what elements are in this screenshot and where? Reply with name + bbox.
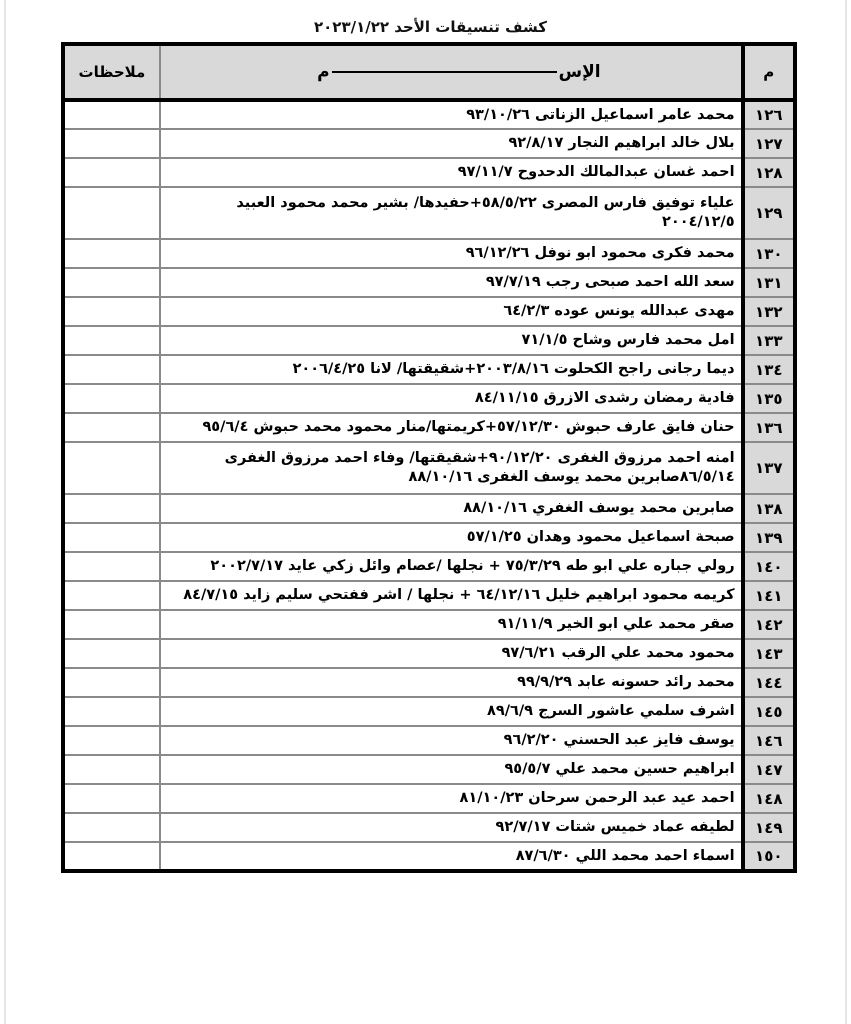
header-name: الإسم [160, 44, 743, 100]
table-header-row: م الإسم ملاحظات [63, 44, 795, 100]
row-name: احمد غسان عبدالمالك الدحدوح ٩٧/١١/٧ [160, 158, 743, 187]
row-name: امل محمد فارس وشاح ٧١/١/٥ [160, 326, 743, 355]
row-notes [63, 100, 160, 129]
row-number: ١٣٦ [743, 413, 795, 442]
row-number: ١٣٤ [743, 355, 795, 384]
row-notes [63, 755, 160, 784]
table-row: ١٣٤ديما رجانى راجح الكحلوت ٢٠٠٣/٨/١٦+شقي… [63, 355, 795, 384]
row-notes [63, 581, 160, 610]
row-notes [63, 129, 160, 158]
row-notes [63, 158, 160, 187]
row-notes [63, 523, 160, 552]
table-row: ١٣٢مهدى عبدالله يونس عوده ٦٤/٢/٣ [63, 297, 795, 326]
header-name-end: م [317, 62, 329, 82]
table-row: ١٣٠محمد فكرى محمود ابو نوفل ٩٦/١٢/٢٦ [63, 239, 795, 268]
row-name: صبحة اسماعيل محمود وهدان ٥٧/١/٢٥ [160, 523, 743, 552]
row-notes [63, 413, 160, 442]
row-number: ١٥٠ [743, 842, 795, 871]
row-number: ١٢٦ [743, 100, 795, 129]
row-name: احمد عيد عبد الرحمن سرحان ٨١/١٠/٢٣ [160, 784, 743, 813]
table-row: ١٣٦حنان فايق عارف حبوش ٥٧/١٢/٣٠+كريمتها/… [63, 413, 795, 442]
table-row: ١٣١سعد الله احمد صبحى رجب ٩٧/٧/١٩ [63, 268, 795, 297]
table-row: ١٤٧ابراهيم حسين محمد علي ٩٥/٥/٧ [63, 755, 795, 784]
row-name: سعد الله احمد صبحى رجب ٩٧/٧/١٩ [160, 268, 743, 297]
row-name: اسماء احمد محمد اللي ٨٧/٦/٣٠ [160, 842, 743, 871]
row-number: ١٣٩ [743, 523, 795, 552]
row-notes [63, 384, 160, 413]
row-number: ١٤٩ [743, 813, 795, 842]
page-edge-right [845, 0, 847, 1024]
table-row: ١٣٣امل محمد فارس وشاح ٧١/١/٥ [63, 326, 795, 355]
row-number: ١٤٦ [743, 726, 795, 755]
row-number: ١٤٧ [743, 755, 795, 784]
row-notes [63, 326, 160, 355]
row-notes [63, 697, 160, 726]
row-name: رولي جباره علي ابو طه ٧٥/٣/٢٩ + نجلها /ع… [160, 552, 743, 581]
row-notes [63, 442, 160, 494]
row-number: ١٤٤ [743, 668, 795, 697]
row-notes [63, 813, 160, 842]
row-number: ١٣٢ [743, 297, 795, 326]
table-row: ١٢٧بلال خالد ابراهيم النجار ٩٢/٨/١٧ [63, 129, 795, 158]
table-row: ١٣٧امنه احمد مرزوق الغفرى ٩٠/١٢/٢٠+شقيقت… [63, 442, 795, 494]
row-number: ١٤١ [743, 581, 795, 610]
header-name-kashida [332, 71, 557, 73]
row-number: ١٣١ [743, 268, 795, 297]
row-number: ١٤٥ [743, 697, 795, 726]
row-name: اشرف سلمي عاشور السرج ٨٩/٦/٩ [160, 697, 743, 726]
header-number: م [743, 44, 795, 100]
row-number: ١٣٧ [743, 442, 795, 494]
row-name: صابرين محمد يوسف الغفري ٨٨/١٠/١٦ [160, 494, 743, 523]
row-notes [63, 726, 160, 755]
row-name: امنه احمد مرزوق الغفرى ٩٠/١٢/٢٠+شقيقتها/… [160, 442, 743, 494]
table-row: ١٢٦محمد عامر اسماعيل الزناتى ٩٣/١٠/٢٦ [63, 100, 795, 129]
table-row: ١٤٣محمود محمد علي الرقب ٩٧/٦/٢١ [63, 639, 795, 668]
row-name: محمد عامر اسماعيل الزناتى ٩٣/١٠/٢٦ [160, 100, 743, 129]
row-notes [63, 552, 160, 581]
document-title: كشف تنسيقات الأحد ٢٠٢٣/١/٢٢ [0, 18, 851, 36]
row-number: ١٣٨ [743, 494, 795, 523]
row-notes [63, 668, 160, 697]
table-row: ١٤٦يوسف فايز عبد الحسني ٩٦/٢/٢٠ [63, 726, 795, 755]
schedule-sheet: م الإسم ملاحظات ١٢٦محمد عامر اسماعيل الز… [61, 42, 797, 873]
row-name: كريمه محمود ابراهيم خليل ٦٤/١٢/١٦ + نجله… [160, 581, 743, 610]
row-name: ديما رجانى راجح الكحلوت ٢٠٠٣/٨/١٦+شقيقته… [160, 355, 743, 384]
row-name: لطيفه عماد خميس شتات ٩٢/٧/١٧ [160, 813, 743, 842]
row-notes [63, 239, 160, 268]
row-name: محمود محمد علي الرقب ٩٧/٦/٢١ [160, 639, 743, 668]
table-row: ١٤٤محمد رائد حسونه عابد ٩٩/٩/٢٩ [63, 668, 795, 697]
names-table: م الإسم ملاحظات ١٢٦محمد عامر اسماعيل الز… [61, 42, 797, 873]
table-row: ١٢٨احمد غسان عبدالمالك الدحدوح ٩٧/١١/٧ [63, 158, 795, 187]
table-row: ١٣٨صابرين محمد يوسف الغفري ٨٨/١٠/١٦ [63, 494, 795, 523]
row-name: مهدى عبدالله يونس عوده ٦٤/٢/٣ [160, 297, 743, 326]
table-row: ١٤٨احمد عيد عبد الرحمن سرحان ٨١/١٠/٢٣ [63, 784, 795, 813]
row-notes [63, 355, 160, 384]
row-name: محمد رائد حسونه عابد ٩٩/٩/٢٩ [160, 668, 743, 697]
table-row: ١٣٩صبحة اسماعيل محمود وهدان ٥٧/١/٢٥ [63, 523, 795, 552]
table-row: ١٤٩لطيفه عماد خميس شتات ٩٢/٧/١٧ [63, 813, 795, 842]
row-notes [63, 842, 160, 871]
row-number: ١٤٨ [743, 784, 795, 813]
row-notes [63, 610, 160, 639]
row-name: بلال خالد ابراهيم النجار ٩٢/٨/١٧ [160, 129, 743, 158]
row-name: محمد فكرى محمود ابو نوفل ٩٦/١٢/٢٦ [160, 239, 743, 268]
header-name-start: الإس [559, 62, 601, 82]
table-row: ١٣٥فادية رمضان رشدى الازرق ٨٤/١١/١٥ [63, 384, 795, 413]
header-notes: ملاحظات [63, 44, 160, 100]
row-name: صقر محمد علي ابو الخير ٩١/١١/٩ [160, 610, 743, 639]
row-number: ١٣٥ [743, 384, 795, 413]
row-notes [63, 639, 160, 668]
row-number: ١٣٠ [743, 239, 795, 268]
row-name: علياء توفيق فارس المصرى ٥٨/٥/٢٢+حفيدها/ … [160, 187, 743, 239]
table-row: ١٥٠اسماء احمد محمد اللي ٨٧/٦/٣٠ [63, 842, 795, 871]
row-notes [63, 187, 160, 239]
row-notes [63, 297, 160, 326]
row-name: فادية رمضان رشدى الازرق ٨٤/١١/١٥ [160, 384, 743, 413]
row-notes [63, 784, 160, 813]
row-number: ١٢٩ [743, 187, 795, 239]
row-number: ١٣٣ [743, 326, 795, 355]
table-row: ١٤١كريمه محمود ابراهيم خليل ٦٤/١٢/١٦ + ن… [63, 581, 795, 610]
row-number: ١٤٠ [743, 552, 795, 581]
row-number: ١٢٧ [743, 129, 795, 158]
row-number: ١٤٢ [743, 610, 795, 639]
table-row: ١٤٥اشرف سلمي عاشور السرج ٨٩/٦/٩ [63, 697, 795, 726]
row-notes [63, 268, 160, 297]
row-name: يوسف فايز عبد الحسني ٩٦/٢/٢٠ [160, 726, 743, 755]
row-number: ١٤٣ [743, 639, 795, 668]
table-row: ١٢٩علياء توفيق فارس المصرى ٥٨/٥/٢٢+حفيده… [63, 187, 795, 239]
row-name: ابراهيم حسين محمد علي ٩٥/٥/٧ [160, 755, 743, 784]
page-edge-left [4, 0, 6, 1024]
table-row: ١٤٠رولي جباره علي ابو طه ٧٥/٣/٢٩ + نجلها… [63, 552, 795, 581]
row-name: حنان فايق عارف حبوش ٥٧/١٢/٣٠+كريمتها/منا… [160, 413, 743, 442]
table-row: ١٤٢صقر محمد علي ابو الخير ٩١/١١/٩ [63, 610, 795, 639]
row-number: ١٢٨ [743, 158, 795, 187]
row-notes [63, 494, 160, 523]
table-body: ١٢٦محمد عامر اسماعيل الزناتى ٩٣/١٠/٢٦١٢٧… [63, 100, 795, 871]
